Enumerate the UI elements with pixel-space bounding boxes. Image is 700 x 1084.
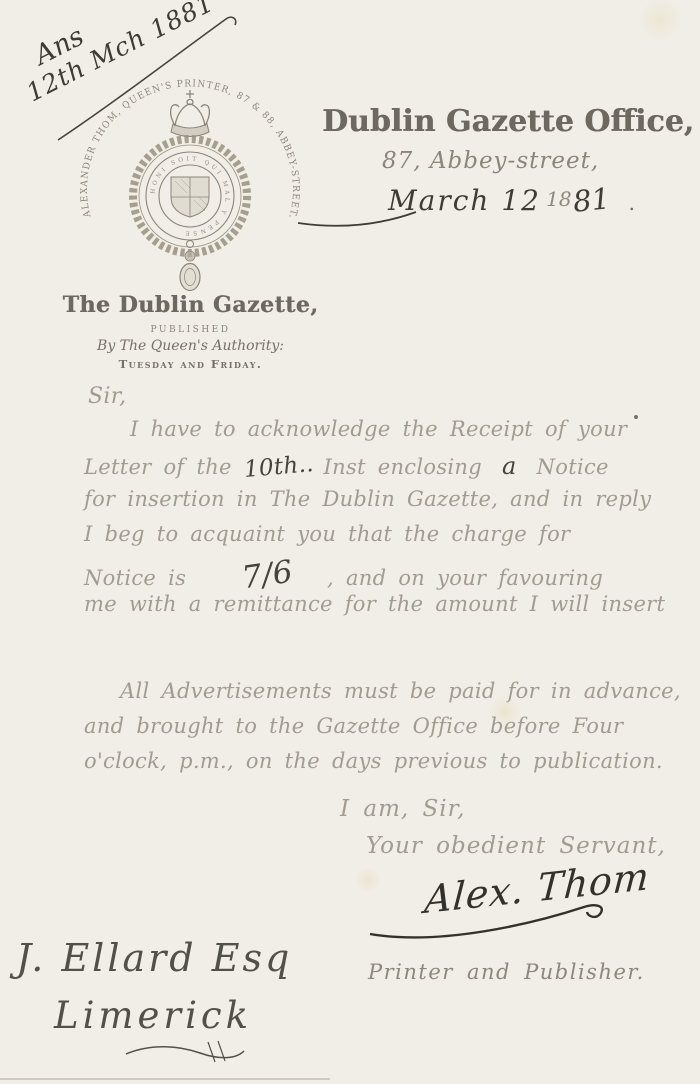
- letter-page: Ans 12th Mch 1881 ALEXANDER THOM, QUEEN'…: [0, 0, 700, 1084]
- published-label: PUBLISHED: [58, 325, 323, 335]
- body-text-segment: Inst enclosing: [324, 455, 482, 479]
- publication-days: Tuesday and Friday.: [58, 357, 323, 371]
- body-line-with-fillins: Letter of the10th..Inst enclosingaNotice: [84, 452, 629, 487]
- body-line: and brought to the Gazette Office before…: [84, 714, 629, 749]
- date-handwritten-year: 81: [571, 181, 611, 219]
- valediction-line1: I am, Sir,: [340, 796, 465, 822]
- scan-edge-artifact: [0, 1078, 330, 1080]
- date-handwritten-day: March 12: [388, 184, 541, 217]
- body-line: me with a remittance for the amount I wi…: [84, 592, 629, 627]
- royal-shield: [171, 177, 209, 217]
- body-line: All Advertisements must be paid for in a…: [84, 679, 629, 714]
- body-line: I have to acknowledge the Receipt of you…: [84, 417, 629, 452]
- authority-line: By The Queen's Authority:: [58, 338, 323, 354]
- addressee-flourish: [126, 1047, 244, 1058]
- addressee-flourish-marks: [208, 1041, 225, 1062]
- body-line: for insertion in The Dublin Gazette, and…: [84, 487, 629, 522]
- handwritten-day-fillin: 10th..: [243, 451, 315, 483]
- salutation: Sir,: [88, 384, 629, 417]
- date-line: March 12 18 81 .: [388, 183, 635, 217]
- signer-title: Printer and Publisher.: [368, 960, 645, 984]
- body-text-segment: , and on your favouring: [327, 566, 603, 590]
- seal-pendant: [180, 241, 200, 291]
- body-line: I beg to acquaint you that the charge fo…: [84, 522, 629, 557]
- paragraph-gap: [84, 627, 629, 679]
- body-line: o'clock, p.m., on the days previous to p…: [84, 749, 629, 784]
- addressee-place: Limerick: [54, 994, 252, 1037]
- body-text-segment: Letter of the: [84, 455, 232, 479]
- date-period: .: [629, 191, 635, 215]
- body-text-segment: Notice: [537, 455, 609, 479]
- printer-seal: ALEXANDER THOM, QUEEN'S PRINTER, 87 & 88…: [55, 66, 325, 298]
- signature: Alex. Thom: [423, 854, 651, 922]
- body-line-with-fee: Notice is7/6, and on your favouring: [84, 557, 629, 592]
- crown-icon: [171, 90, 210, 137]
- letter-body: Sir, I have to acknowledge the Receipt o…: [84, 384, 629, 784]
- office-name: Dublin Gazette Office,: [322, 104, 694, 139]
- addressee-name: J. Ellard Esq: [16, 936, 292, 980]
- valediction-line2: Your obedient Servant,: [366, 833, 666, 859]
- date-printed-century: 18: [546, 187, 571, 211]
- handwritten-fee-fillin: 7/6: [240, 554, 295, 597]
- gazette-masthead: The Dublin Gazette,: [58, 292, 323, 318]
- masthead-block: The Dublin Gazette, PUBLISHED By The Que…: [58, 292, 323, 371]
- handwritten-article-fillin: a: [502, 452, 517, 480]
- ink-speck: [634, 415, 638, 419]
- body-text-segment: Notice is: [84, 566, 186, 590]
- office-address: 87, Abbey-street,: [382, 148, 599, 174]
